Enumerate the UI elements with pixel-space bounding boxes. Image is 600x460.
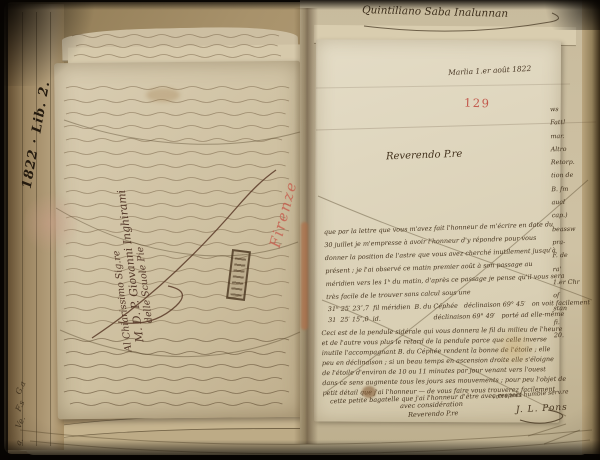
margin-fragment: ws — [550, 106, 578, 120]
margin-fragment: cap.) — [552, 212, 580, 226]
paper-stain — [362, 386, 376, 398]
postal-stamp-ink — [230, 253, 246, 296]
margin-fragment: tion de — [551, 172, 579, 186]
margin-fragment: F. de — [552, 252, 580, 266]
margin-annotation-column: wsFatt!mar.AltroRetorp.tion deB. fmauclc… — [550, 106, 582, 346]
margin-fragment: beassw — [552, 225, 580, 239]
margin-fragment: 1.er Chr — [553, 279, 581, 293]
edge-annotations: G.aF.sVe.a. — [8, 366, 42, 442]
gutter-stain — [301, 222, 308, 330]
margin-fragment: fi. — [554, 318, 582, 332]
manuscript-photo: 1822 · Lib. 2. G.aF.sVe.a. — [0, 0, 600, 460]
margin-fragment: stan — [553, 305, 581, 319]
margin-fragment: B. fm — [551, 186, 579, 200]
margin-fragment: 20. — [554, 332, 582, 346]
page-number: 129 — [464, 96, 491, 111]
paper-stain — [146, 88, 180, 102]
margin-fragment: Retorp. — [551, 159, 579, 173]
margin-fragment: pra- — [552, 239, 580, 253]
wax-seal-ghost — [24, 190, 78, 256]
margin-fragment: mar. — [550, 132, 578, 146]
margin-fragment: ra' — [553, 265, 581, 279]
margin-fragment: Fatt! — [550, 119, 578, 133]
right-page-block-edge — [582, 0, 600, 454]
paper-stain — [490, 328, 538, 368]
margin-fragment: of — [553, 292, 581, 306]
letter-body-paragraph-1: que par la lettre que vous m'avez fait l… — [324, 218, 565, 304]
margin-fragment: aucl — [552, 199, 580, 213]
margin-fragment: Altro — [551, 146, 579, 160]
